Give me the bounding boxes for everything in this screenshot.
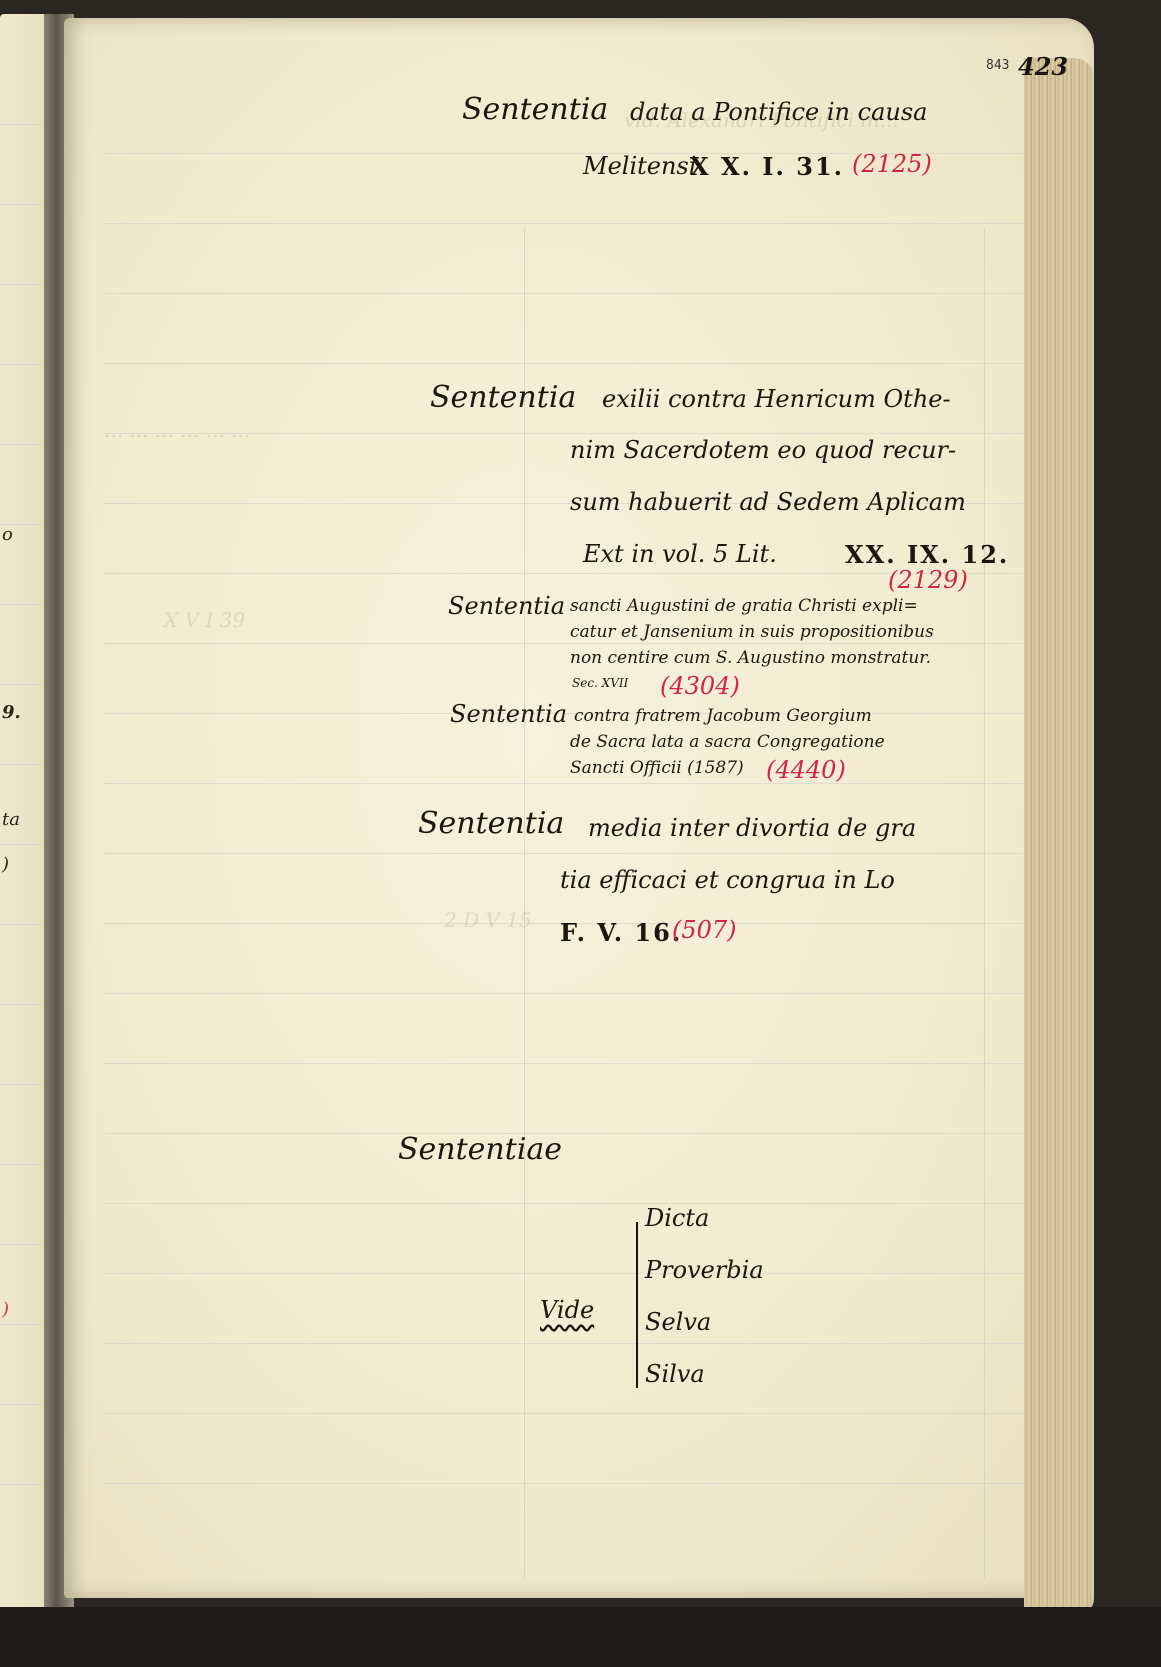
entry-heading: Sententia xyxy=(430,380,576,415)
cross-reference-item: Selva xyxy=(645,1308,711,1336)
entry-text: Melitensi xyxy=(583,152,696,180)
cross-reference-heading: Sententiae xyxy=(398,1132,562,1167)
entry-reference: X X. I. 31. xyxy=(690,152,844,181)
entry-heading: Sententia xyxy=(462,92,608,127)
folio-number: 423 xyxy=(1018,52,1068,81)
left-page-fragment-red: ) xyxy=(2,1299,9,1320)
entry-heading: Sententia xyxy=(418,806,564,841)
entry-number: (2129) xyxy=(888,566,968,594)
entry-heading: Sententia xyxy=(450,700,567,728)
book-bottom-shadow xyxy=(0,1607,1161,1667)
entry-text: catur et Jansenium in suis propositionib… xyxy=(570,622,934,642)
bracket-line xyxy=(636,1222,638,1388)
entry-reference: XX. IX. 12. xyxy=(845,540,1009,569)
cross-reference-item: Dicta xyxy=(645,1204,709,1232)
entry-number: (4440) xyxy=(766,756,846,784)
stamp-number: 843 xyxy=(986,58,1009,73)
entry-text: de Sacra lata a sacra Congregatione xyxy=(570,732,885,752)
entry-reference: F. V. 16. xyxy=(560,918,682,947)
vide-label: Vide xyxy=(540,1296,594,1324)
entry-text: non centire cum S. Augustino monstratur. xyxy=(570,648,931,668)
entry-text: tia efficaci et congrua in Lo xyxy=(560,866,895,894)
left-page-fragment: ta xyxy=(2,809,20,830)
entry-heading: Sententia xyxy=(448,592,565,620)
entry-text: data a Pontifice in causa xyxy=(630,98,927,126)
entry-text: nim Sacerdotem eo quod recur- xyxy=(570,436,956,464)
entry-note: Sec. XVII xyxy=(572,676,628,690)
left-page-fragment: 9. xyxy=(2,702,21,723)
entry-text: contra fratrem Jacobum Georgium xyxy=(574,706,872,726)
cross-reference-item: Silva xyxy=(645,1360,705,1388)
entry-number: (2125) xyxy=(852,150,932,178)
entry-number: (507) xyxy=(672,916,737,944)
cross-reference-item: Proverbia xyxy=(645,1256,764,1284)
entry-text: exilii contra Henricum Othe- xyxy=(602,385,951,413)
fore-edge xyxy=(1024,58,1094,1618)
left-page-fragment: o xyxy=(2,524,13,545)
entry-text: sancti Augustini de gratia Christi expli… xyxy=(570,596,918,616)
entry-text: sum habuerit ad Sedem Aplicam xyxy=(570,488,966,516)
manuscript-page: vid. Alexandri Pontifici in... ... ... .… xyxy=(64,18,1094,1598)
entry-number: (4304) xyxy=(660,672,740,700)
left-page-fragment: ) xyxy=(2,854,9,875)
entry-text: Sancti Officii (1587) xyxy=(570,758,744,778)
entry-text: media inter divortia de gra xyxy=(588,814,916,842)
entry-text: Ext in vol. 5 Lit. xyxy=(583,540,777,568)
